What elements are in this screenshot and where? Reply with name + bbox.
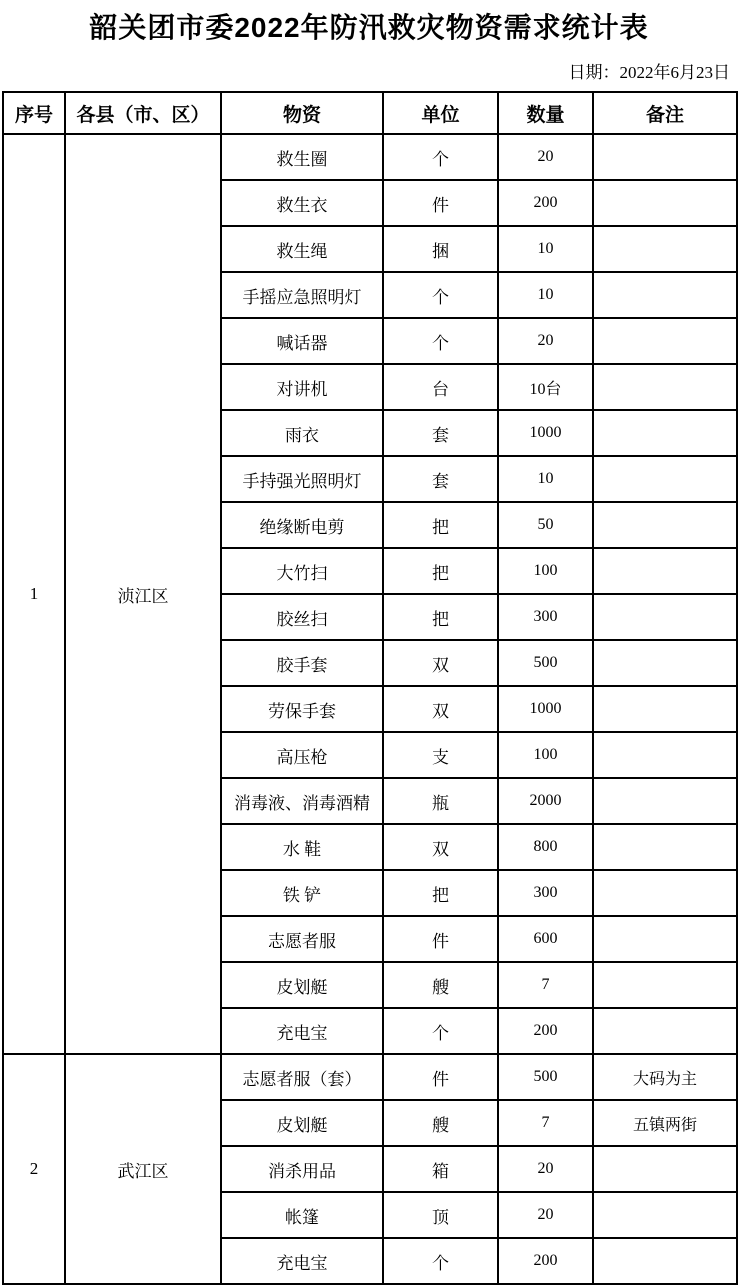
qty-cell: 200 xyxy=(498,1008,593,1054)
item-cell: 充电宝 xyxy=(221,1008,383,1054)
qty-cell: 1000 xyxy=(498,686,593,732)
item-cell: 喊话器 xyxy=(221,318,383,364)
unit-cell: 艘 xyxy=(383,962,498,1008)
item-cell: 对讲机 xyxy=(221,364,383,410)
qty-cell: 300 xyxy=(498,594,593,640)
item-cell: 铁 铲 xyxy=(221,870,383,916)
qty-cell: 20 xyxy=(498,1146,593,1192)
unit-cell: 支 xyxy=(383,732,498,778)
note-cell xyxy=(593,180,737,226)
table-body: 1浈江区救生圈个20救生衣件200救生绳捆10手摇应急照明灯个10喊话器个20对… xyxy=(3,134,737,1284)
note-cell xyxy=(593,272,737,318)
item-cell: 雨衣 xyxy=(221,410,383,456)
document-page: 韶关团市委2022年防汛救灾物资需求统计表 日期：2022年6月23日 序号 各… xyxy=(0,0,738,1285)
unit-cell: 把 xyxy=(383,870,498,916)
unit-cell: 套 xyxy=(383,456,498,502)
note-cell xyxy=(593,502,737,548)
unit-cell: 艘 xyxy=(383,1100,498,1146)
note-cell xyxy=(593,870,737,916)
unit-cell: 把 xyxy=(383,502,498,548)
unit-cell: 瓶 xyxy=(383,778,498,824)
unit-cell: 顶 xyxy=(383,1192,498,1238)
qty-cell: 10 xyxy=(498,272,593,318)
qty-cell: 500 xyxy=(498,1054,593,1100)
date-label: 日期：2022年6月23日 xyxy=(0,62,738,83)
qty-cell: 10 xyxy=(498,226,593,272)
header-cell-qty: 数量 xyxy=(498,92,593,134)
note-cell xyxy=(593,410,737,456)
note-cell xyxy=(593,364,737,410)
header-cell-item: 物资 xyxy=(221,92,383,134)
unit-cell: 套 xyxy=(383,410,498,456)
qty-cell: 200 xyxy=(498,1238,593,1284)
qty-cell: 7 xyxy=(498,962,593,1008)
qty-cell: 1000 xyxy=(498,410,593,456)
unit-cell: 箱 xyxy=(383,1146,498,1192)
item-cell: 消杀用品 xyxy=(221,1146,383,1192)
note-cell xyxy=(593,778,737,824)
header-cell-index: 序号 xyxy=(3,92,65,134)
row-index-cell: 1 xyxy=(3,134,65,1054)
unit-cell: 把 xyxy=(383,548,498,594)
region-cell: 浈江区 xyxy=(65,134,221,1054)
header-cell-unit: 单位 xyxy=(383,92,498,134)
unit-cell: 件 xyxy=(383,1054,498,1100)
header-row: 序号 各县（市、区） 物资 单位 数量 备注 xyxy=(3,92,737,134)
item-cell: 充电宝 xyxy=(221,1238,383,1284)
unit-cell: 捆 xyxy=(383,226,498,272)
note-cell xyxy=(593,594,737,640)
unit-cell: 个 xyxy=(383,134,498,180)
note-cell xyxy=(593,732,737,778)
unit-cell: 双 xyxy=(383,686,498,732)
unit-cell: 把 xyxy=(383,594,498,640)
item-cell: 救生圈 xyxy=(221,134,383,180)
qty-cell: 100 xyxy=(498,732,593,778)
item-cell: 志愿者服 xyxy=(221,916,383,962)
qty-cell: 20 xyxy=(498,134,593,180)
qty-cell: 50 xyxy=(498,502,593,548)
note-cell xyxy=(593,226,737,272)
qty-cell: 20 xyxy=(498,1192,593,1238)
item-cell: 消毒液、消毒酒精 xyxy=(221,778,383,824)
header-cell-note: 备注 xyxy=(593,92,737,134)
note-cell xyxy=(593,1238,737,1284)
note-cell xyxy=(593,456,737,502)
note-cell xyxy=(593,134,737,180)
note-cell xyxy=(593,1008,737,1054)
note-cell: 大码为主 xyxy=(593,1054,737,1100)
table-header: 序号 各县（市、区） 物资 单位 数量 备注 xyxy=(3,92,737,134)
unit-cell: 个 xyxy=(383,318,498,364)
unit-cell: 双 xyxy=(383,640,498,686)
unit-cell: 个 xyxy=(383,1008,498,1054)
item-cell: 胶手套 xyxy=(221,640,383,686)
note-cell xyxy=(593,548,737,594)
item-cell: 水 鞋 xyxy=(221,824,383,870)
note-cell xyxy=(593,686,737,732)
note-cell xyxy=(593,962,737,1008)
item-cell: 皮划艇 xyxy=(221,1100,383,1146)
row-index-cell: 2 xyxy=(3,1054,65,1284)
qty-cell: 2000 xyxy=(498,778,593,824)
note-cell xyxy=(593,1146,737,1192)
note-cell xyxy=(593,640,737,686)
note-cell xyxy=(593,1192,737,1238)
note-cell: 五镇两街 xyxy=(593,1100,737,1146)
unit-cell: 个 xyxy=(383,272,498,318)
item-cell: 志愿者服（套） xyxy=(221,1054,383,1100)
item-cell: 手持强光照明灯 xyxy=(221,456,383,502)
region-cell: 武江区 xyxy=(65,1054,221,1284)
item-cell: 手摇应急照明灯 xyxy=(221,272,383,318)
item-cell: 大竹扫 xyxy=(221,548,383,594)
materials-table: 序号 各县（市、区） 物资 单位 数量 备注 1浈江区救生圈个20救生衣件200… xyxy=(2,91,738,1285)
item-cell: 帐篷 xyxy=(221,1192,383,1238)
qty-cell: 800 xyxy=(498,824,593,870)
table-row: 2武江区志愿者服（套）件500大码为主 xyxy=(3,1054,737,1100)
header-cell-region: 各县（市、区） xyxy=(65,92,221,134)
qty-cell: 10 xyxy=(498,456,593,502)
unit-cell: 台 xyxy=(383,364,498,410)
unit-cell: 个 xyxy=(383,1238,498,1284)
qty-cell: 200 xyxy=(498,180,593,226)
item-cell: 皮划艇 xyxy=(221,962,383,1008)
item-cell: 救生绳 xyxy=(221,226,383,272)
unit-cell: 双 xyxy=(383,824,498,870)
table-row: 1浈江区救生圈个20 xyxy=(3,134,737,180)
note-cell xyxy=(593,916,737,962)
qty-cell: 20 xyxy=(498,318,593,364)
qty-cell: 500 xyxy=(498,640,593,686)
page-title: 韶关团市委2022年防汛救灾物资需求统计表 xyxy=(0,0,738,46)
unit-cell: 件 xyxy=(383,180,498,226)
qty-cell: 300 xyxy=(498,870,593,916)
qty-cell: 600 xyxy=(498,916,593,962)
note-cell xyxy=(593,318,737,364)
item-cell: 劳保手套 xyxy=(221,686,383,732)
qty-cell: 10台 xyxy=(498,364,593,410)
unit-cell: 件 xyxy=(383,916,498,962)
item-cell: 胶丝扫 xyxy=(221,594,383,640)
qty-cell: 100 xyxy=(498,548,593,594)
item-cell: 救生衣 xyxy=(221,180,383,226)
note-cell xyxy=(593,824,737,870)
item-cell: 高压枪 xyxy=(221,732,383,778)
item-cell: 绝缘断电剪 xyxy=(221,502,383,548)
qty-cell: 7 xyxy=(498,1100,593,1146)
